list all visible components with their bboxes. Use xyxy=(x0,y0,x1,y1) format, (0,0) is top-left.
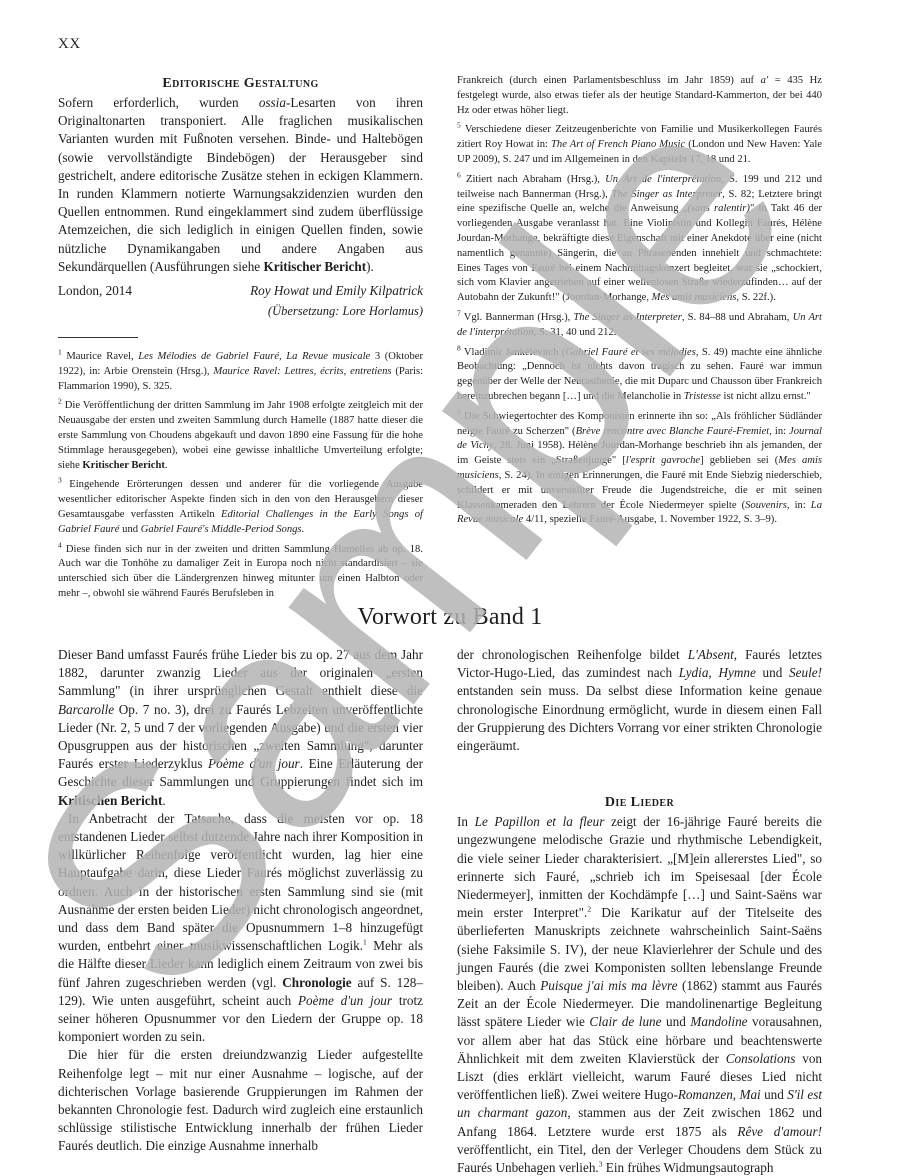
footnotes-right-column: Frankreich (durch einen Parlamentsbeschl… xyxy=(457,74,822,533)
foreword-paragraph-continued: der chronologischen Reihenfolge bildet L… xyxy=(457,646,822,755)
text-run: , in: xyxy=(787,500,811,511)
text-run: Sofern erforderlich, wurden xyxy=(58,95,259,110)
text-run: The Singer as Interpreter xyxy=(612,189,722,200)
footnote-divider xyxy=(58,337,138,338)
text-run: In xyxy=(457,814,475,829)
footnote: 5 Verschiedene dieser Zeitzeugenberichte… xyxy=(457,123,822,167)
text-run: Clair de lune xyxy=(589,1014,661,1029)
text-run: Gabriel Fauré et ses mélodies xyxy=(565,347,696,358)
text-run: . xyxy=(162,793,165,808)
footnote: Frankreich (durch einen Parlamentsbeschl… xyxy=(457,74,822,118)
text-run: , S. 31, 40 und 212. xyxy=(534,327,617,338)
page-number: XX xyxy=(58,36,81,53)
text-run: The Singer as Interpreter xyxy=(573,312,681,323)
footnotes-right: Frankreich (durch einen Parlamentsbeschl… xyxy=(457,74,822,528)
foreword-right-column: der chronologischen Reihenfolge bildet L… xyxy=(457,646,822,1176)
text-run: ist nicht allzu ernst." xyxy=(721,391,811,402)
footnote: 9 Die Schwiegertochter des Komponisten e… xyxy=(457,410,822,528)
text-run: Un Art de l'interprétation xyxy=(605,174,721,185)
text-run: Maurice Ravel, xyxy=(62,351,138,362)
footnote: 8 Vladimir Jankélévitch (Gabriel Fauré e… xyxy=(457,346,822,405)
footnote: 2 Die Veröffentlichung der dritten Samml… xyxy=(58,399,423,473)
text-run: Hymne xyxy=(718,665,755,680)
editorial-heading: Editorische Gestaltung xyxy=(58,76,423,92)
foreword-paragraph: Dieser Band umfasst Faurés frühe Lieder … xyxy=(58,646,423,810)
text-run: Puisque j'ai mis ma lèvre xyxy=(540,978,677,993)
foreword-paragraph: Die hier für die ersten dreiundzwanzig L… xyxy=(58,1046,423,1155)
text-run: , S. 84–88 und Abraham, xyxy=(682,312,793,323)
text-run: Dieser Band umfasst Faurés frühe Lieder … xyxy=(58,647,423,698)
text-run: L'Absent xyxy=(688,647,734,662)
place-date: London, 2014 xyxy=(58,282,132,300)
text-run: (sans ralentir) xyxy=(687,203,750,214)
foreword-left-paragraphs: Dieser Band umfasst Faurés frühe Lieder … xyxy=(58,646,423,1156)
kritischer-bericht-reference: Kritischer Bericht xyxy=(263,259,366,274)
text-run: und xyxy=(761,1087,788,1102)
text-run: " in Takt 46 der vorliegenden Ausgabe ve… xyxy=(457,203,822,303)
footnote: 1 Maurice Ravel, Les Mélodies de Gabriel… xyxy=(58,350,423,394)
text-run: Rêve d'amour! xyxy=(737,1124,822,1139)
text-run: entstanden sein muss. Da selbst diese In… xyxy=(457,683,822,753)
lieder-paragraph: In Le Papillon et la fleur zeigt der 16-… xyxy=(457,813,822,1176)
text-run: Vgl. Bannerman (Hrsg.), xyxy=(461,312,574,323)
text-run: Diese finden sich nur in der zweiten und… xyxy=(58,544,423,599)
text-run: Maurice Ravel: Lettres, écrits, entretie… xyxy=(213,366,391,377)
footnote: 6 Zitiert nach Abraham (Hrsg.), Un Art d… xyxy=(457,173,822,306)
text-run: Die hier für die ersten dreiundzwanzig L… xyxy=(58,1047,423,1153)
text-run: und xyxy=(662,1014,691,1029)
text-run: In Anbetracht der Tatsache, dass die mei… xyxy=(58,811,423,953)
footnote: 3 Eingehende Erörterungen dessen und and… xyxy=(58,478,423,537)
text-run: Frankreich (durch einen Parlamentsbeschl… xyxy=(457,75,761,86)
text-run: Kritischer Bericht xyxy=(82,460,164,471)
text-run: Tristesse xyxy=(684,391,721,402)
text-run: und xyxy=(120,524,141,535)
foreword-paragraph: In Anbetracht der Tatsache, dass die mei… xyxy=(58,810,423,1047)
text-run: Lydia xyxy=(679,665,709,680)
text-run: -Lesarten von ihren Originaltonarten tra… xyxy=(58,95,423,274)
text-run: Seule! xyxy=(789,665,822,680)
text-run: ). xyxy=(366,259,374,274)
text-run: . xyxy=(165,460,168,471)
lieder-heading: Die Lieder xyxy=(457,795,822,811)
text-run: der chronologischen Reihenfolge bildet xyxy=(457,647,688,662)
text-run: , xyxy=(708,665,718,680)
authors: Roy Howat und Emily Kilpatrick xyxy=(250,282,423,300)
text-run: Le Papillon et la fleur xyxy=(475,814,605,829)
text-run: , S. 22f.). xyxy=(736,292,775,303)
text-run: Les Mélodies de Gabriel Fauré, La Revue … xyxy=(138,351,370,362)
text-run: . xyxy=(302,524,305,535)
text-run: Mes amis musiciens xyxy=(652,292,737,303)
text-run: Brève rencontre avec Blanche Fauré-Fremi… xyxy=(576,426,770,437)
text-run: l'esprit gavroche xyxy=(626,455,700,466)
text-run: Chronologie xyxy=(282,975,351,990)
text-run: Gabriel Fauré's Middle-Period Songs xyxy=(141,524,302,535)
text-run: Poème d'un jour xyxy=(298,993,392,1008)
text-run: Barcarolle xyxy=(58,702,114,717)
text-run: Mai xyxy=(739,1087,760,1102)
text-run: Ein frühes Widmungsautograph xyxy=(602,1160,773,1175)
text-run-italic: ossia xyxy=(259,95,286,110)
signature-row: London, 2014 Roy Howat und Emily Kilpatr… xyxy=(58,282,423,300)
text-run: Consolations xyxy=(726,1051,796,1066)
foreword-title: Vorwort zu Band 1 xyxy=(0,604,900,631)
foreword-left-column: Dieser Band umfasst Faurés frühe Lieder … xyxy=(58,646,423,1156)
text-run: Mandoline xyxy=(690,1014,747,1029)
text-run: Zitiert nach Abraham (Hrsg.), xyxy=(461,174,605,185)
text-run: Kritischen Bericht xyxy=(58,793,162,808)
text-run: ] geblieben sei ( xyxy=(700,455,778,466)
text-run: Poème d'un jour xyxy=(208,756,300,771)
text-run: und xyxy=(756,665,789,680)
text-run: , in: xyxy=(769,426,789,437)
footnote: 4 Diese finden sich nur in der zweiten u… xyxy=(58,543,423,602)
text-run: Souvenirs xyxy=(745,500,787,511)
footnotes-left: 1 Maurice Ravel, Les Mélodies de Gabriel… xyxy=(58,350,423,602)
editorial-column: Editorische Gestaltung Sofern erforderli… xyxy=(58,76,423,607)
editorial-paragraph: Sofern erforderlich, wurden ossia-Lesart… xyxy=(58,94,423,276)
footnote: 7 Vgl. Bannerman (Hrsg.), The Singer as … xyxy=(457,311,822,341)
text-run: Vladimir Jankélévitch ( xyxy=(461,347,566,358)
text-run: 4/11, spezielle Fauré-Ausgabe, 1. Novemb… xyxy=(523,514,777,525)
text-run: The Art of French Piano Music xyxy=(551,139,685,150)
text-run: Romanzen xyxy=(678,1087,733,1102)
translator-credit: (Übersetzung: Lore Horlamus) xyxy=(58,304,423,319)
